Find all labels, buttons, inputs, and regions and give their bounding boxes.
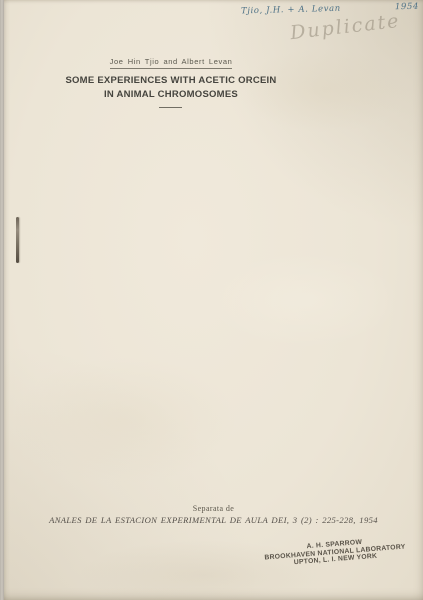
author-line: Joe Hin Tjio and Albert Levan [4, 57, 338, 69]
photographed-reprint-cover: Tjio, J.H. + A. Levan 1954 Duplicate Joe… [0, 0, 423, 600]
title-divider-rule [159, 107, 182, 108]
separata-label: Separata de [4, 504, 423, 513]
paper-sheet: Tjio, J.H. + A. Levan 1954 Duplicate Joe… [4, 0, 423, 600]
paper-title-line-2: IN ANIMAL CHROMOSOMES [4, 89, 338, 100]
paper-title-line-1: SOME EXPERIENCES WITH ACETIC ORCEIN [4, 75, 338, 86]
staple [16, 217, 19, 263]
author-names: Joe Hin Tjio and Albert Levan [110, 57, 233, 69]
journal-citation: ANALES DE LA ESTACION EXPERIMENTAL DE AU… [4, 515, 423, 525]
